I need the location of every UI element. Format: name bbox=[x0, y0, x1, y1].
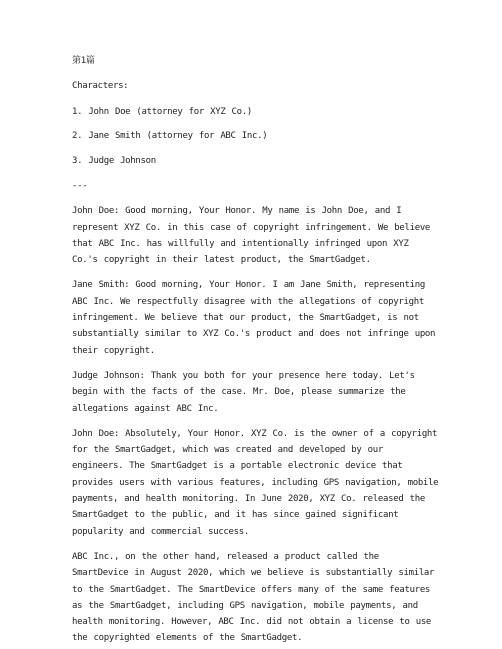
document-body: 第1篇 Characters: 1. John Doe (attorney fo… bbox=[72, 53, 440, 647]
dialogue-paragraph: John Doe: Good morning, Your Honor. My n… bbox=[72, 203, 440, 268]
character-list: 1. John Doe (attorney for XYZ Co.) 2. Ja… bbox=[72, 104, 440, 170]
character-item: 2. Jane Smith (attorney for ABC Inc.) bbox=[72, 128, 440, 144]
dialogue-paragraph: Jane Smith: Good morning, Your Honor. I … bbox=[72, 277, 440, 358]
dialogue-paragraph: John Doe: Absolutely, Your Honor. XYZ Co… bbox=[72, 426, 440, 540]
dialogue-paragraph: ABC Inc., on the other hand, released a … bbox=[72, 549, 440, 647]
dialogue-paragraph: Judge Johnson: Thank you both for your p… bbox=[72, 368, 440, 417]
character-item: 1. John Doe (attorney for XYZ Co.) bbox=[72, 104, 440, 120]
character-item: 3. Judge Johnson bbox=[72, 153, 440, 169]
section-separator: --- bbox=[72, 178, 440, 194]
chapter-title: 第1篇 bbox=[72, 53, 440, 69]
document-page: 第1篇 Characters: 1. John Doe (attorney fo… bbox=[0, 0, 502, 649]
characters-heading: Characters: bbox=[72, 78, 440, 94]
